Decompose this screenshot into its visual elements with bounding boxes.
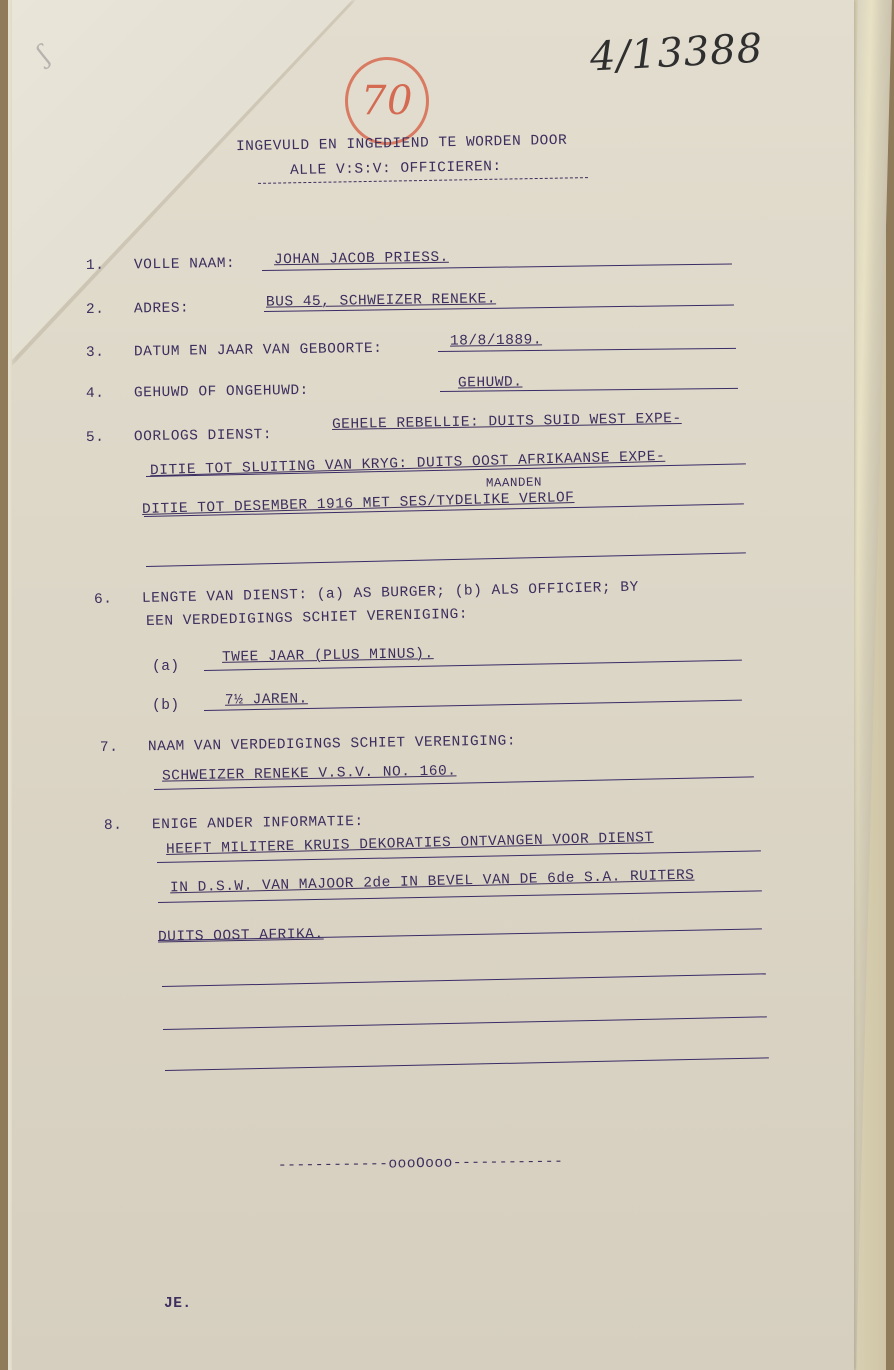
field-label: OORLOGS DIENST: <box>134 427 272 445</box>
other-info-underline5 <box>163 1016 767 1030</box>
field-label: LENGTE VAN DIENST: (a) AS BURGER; (b) AL… <box>142 580 639 607</box>
war-service-insertion: MAANDEN <box>486 476 542 491</box>
other-info-value-line2[interactable]: IN D.S.W. VAN MAJOOR 2de IN BEVEL VAN DE… <box>170 868 695 897</box>
field-war-service: 5.OORLOGS DIENST: <box>86 427 272 446</box>
closing-separator: ------------oooOooo------------ <box>278 1154 563 1174</box>
field-rifle-association-name: 7.NAAM VAN VERDEDIGINGS SCHIET VERENIGIN… <box>100 733 516 756</box>
sub-label-a: (a) <box>152 659 180 675</box>
field-full-name: 1.VOLLE NAAM: <box>86 256 235 274</box>
handwritten-reference-number: 4/13388 <box>589 25 764 80</box>
other-info-value-line3[interactable]: DUITS OOST AFRIKA. <box>158 927 324 946</box>
circled-page-number: 70 <box>345 57 429 145</box>
form-heading-line1: INGEVULD EN INGEDIEND TE WORDEN DOOR <box>236 133 568 155</box>
field-label: VOLLE NAAM: <box>134 256 235 273</box>
field-length-of-service-line2: EEN VERDEDIGINGS SCHIET VERENIGING: <box>146 607 468 630</box>
field-label: NAAM VAN VERDEDIGINGS SCHIET VERENIGING: <box>148 733 516 755</box>
field-address: 2.ADRES: <box>86 301 189 318</box>
field-label: ADRES: <box>134 301 189 318</box>
service-as-officer-value[interactable]: 7½ JAREN. <box>225 691 308 708</box>
field-marital-status: 4.GEHUWD OF ONGEHUWD: <box>86 383 309 402</box>
field-length-of-service: 6.LENGTE VAN DIENST: (a) AS BURGER; (b) … <box>94 580 639 608</box>
rifle-association-value[interactable]: SCHWEIZER RENEKE V.S.V. NO. 160. <box>162 763 457 784</box>
date-of-birth-value[interactable]: 18/8/1889. <box>450 332 542 349</box>
typist-initials: JE. <box>164 1296 192 1312</box>
war-service-value-line1[interactable]: GEHELE REBELLIE: DUITS SUID WEST EXPE- <box>332 411 682 433</box>
other-info-underline4 <box>162 973 766 987</box>
field-label: DATUM EN JAAR VAN GEBOORTE: <box>134 341 383 360</box>
full-name-value[interactable]: JOHAN JACOB PRIESS. <box>274 250 449 268</box>
sub-label-b: (b) <box>152 698 180 714</box>
service-as-burger-value[interactable]: TWEE JAAR (PLUS MINUS). <box>222 646 434 666</box>
field-label: GEHUWD OF ONGEHUWD: <box>134 383 309 401</box>
field-label: ENIGE ANDER INFORMATIE: <box>152 814 364 833</box>
field-other-information: 8.ENIGE ANDER INFORMATIE: <box>104 814 364 834</box>
other-info-underline6 <box>165 1057 769 1071</box>
war-service-underline4 <box>146 552 746 567</box>
field-date-of-birth: 3.DATUM EN JAAR VAN GEBOORTE: <box>86 341 383 361</box>
marital-status-value[interactable]: GEHUWD. <box>458 375 523 392</box>
form-heading-line2: ALLE V:S:V: OFFICIEREN: <box>290 159 502 179</box>
form-document: 4/13388 70 INGEVULD EN INGEDIEND TE WORD… <box>0 0 894 1370</box>
